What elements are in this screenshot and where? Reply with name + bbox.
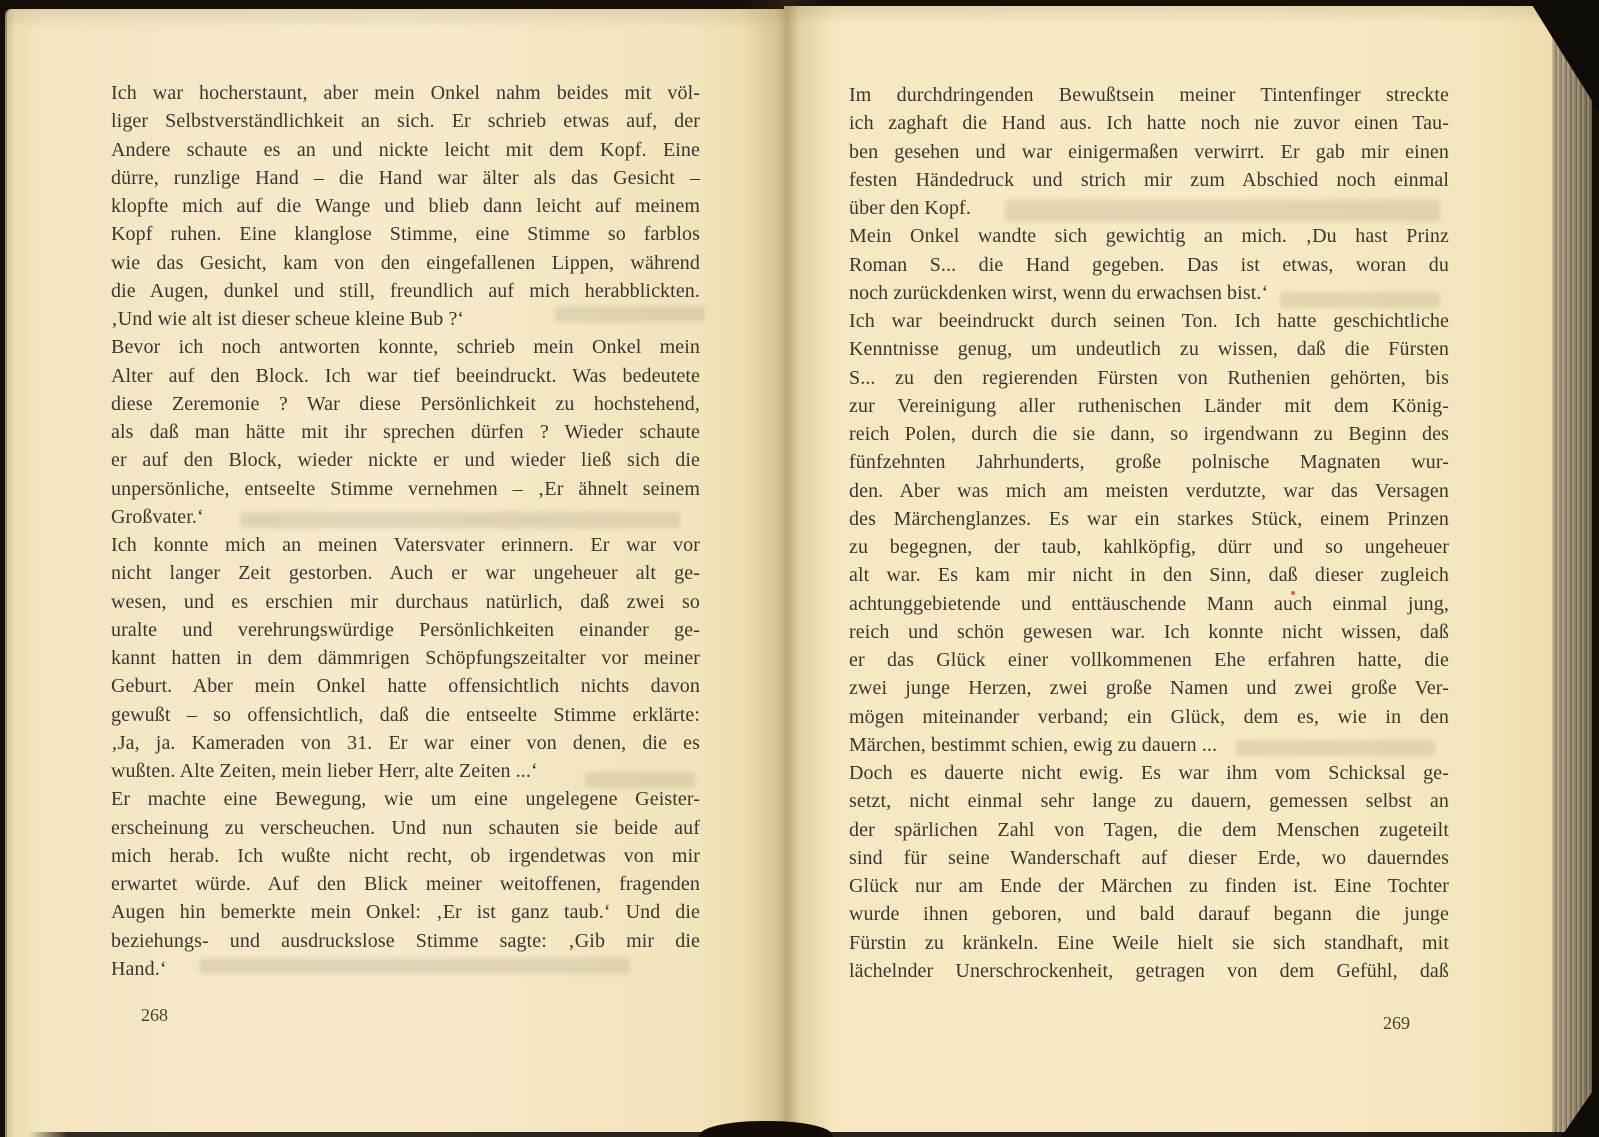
text-line: achtunggebietende und enttäuschende Mann… [849,590,1449,618]
right-page-text: Im durchdringenden Bewußtsein meiner Tin… [849,81,1449,985]
text-line: Bevor ich noch antworten konnte, schrieb… [111,333,700,361]
text-line: S... zu den regierenden Fürsten von Ruth… [849,364,1449,392]
page-fore-edge [1552,0,1592,1137]
text-line: Märchen, bestimmt schien, ewig zu dauern… [849,731,1449,759]
text-line: alt war. Es kam mir nicht in den Sinn, d… [849,561,1449,589]
text-line: erscheinung zu verscheuchen. Und nun sch… [111,814,700,842]
text-line: zwei junge Herzen, zwei große Namen und … [849,674,1449,702]
text-line: uralte und verehrungswürdige Persönlichk… [111,616,700,644]
text-line: die Augen, dunkel und still, freundlich … [111,277,700,305]
text-line: ‚Ja, ja. Kameraden von 31. Er war einer … [111,729,700,757]
text-line: er auf den Block, wieder nickte er und w… [111,446,700,474]
text-line: Großvater.‘ [111,503,700,531]
text-line: wurde ihnen geboren, und bald darauf beg… [849,900,1449,928]
text-line: des Märchenglanzes. Es war ein starkes S… [849,505,1449,533]
text-line: unpersönliche, entseelte Stimme vernehme… [111,475,700,503]
page-number-right: 269 [1383,1013,1410,1034]
text-line: klopfte mich auf die Wange und blieb dan… [111,192,700,220]
text-line: zur Vereinigung aller ruthenischen Lände… [849,392,1449,420]
text-line: Ich war hocherstaunt, aber mein Onkel na… [111,79,700,107]
text-line: wußten. Alte Zeiten, mein lieber Herr, a… [111,757,700,785]
text-line: fünfzehnten Jahrhunderts, große polnisch… [849,448,1449,476]
text-line: Hand.‘ [111,955,700,983]
text-line: Kopf ruhen. Eine klanglose Stimme, eine … [111,220,700,248]
text-line: lächelnder Unerschrockenheit, getragen v… [849,957,1449,985]
text-line: erwartet würde. Auf den Blick meiner wei… [111,870,700,898]
text-line: über den Kopf. [849,194,1449,222]
text-line: noch zurückdenken wirst, wenn du erwachs… [849,279,1449,307]
text-line: festen Händedruck und strich mir zum Abs… [849,166,1449,194]
text-line: mögen miteinander verband; ein Glück, de… [849,703,1449,731]
text-line: er das Glück einer vollkommenen Ehe erfa… [849,646,1449,674]
page-number-left: 268 [141,1005,168,1026]
text-line: Andere schaute es an und nickte leicht m… [111,136,700,164]
text-line: dürre, runzlige Hand – die Hand war älte… [111,164,700,192]
text-line: Alter auf den Block. Ich war tief beeind… [111,362,700,390]
text-line: Mein Onkel wandte sich gewichtig an mich… [849,222,1449,250]
text-line: reich und schön gewesen war. Ich konnte … [849,618,1449,646]
text-line: Glück nur am Ende der Märchen zu finden … [849,872,1449,900]
text-line: wie das Gesicht, kam von den eingefallen… [111,249,700,277]
left-page-text: Ich war hocherstaunt, aber mein Onkel na… [111,79,700,983]
text-line: reich Polen, durch die sie dann, so irge… [849,420,1449,448]
text-line: Geburt. Aber mein Onkel hatte offensicht… [111,672,700,700]
text-line: mich herab. Ich wußte nicht recht, ob ir… [111,842,700,870]
text-line: Doch es dauerte nicht ewig. Es war ihm v… [849,759,1449,787]
text-line: Augen hin bemerkte mein Onkel: ‚Er ist g… [111,898,700,926]
text-line: Ich konnte mich an meinen Vatersvater er… [111,531,700,559]
text-line: ich zaghaft die Hand aus. Ich hatte noch… [849,109,1449,137]
text-line: Fürstin zu kränkeln. Eine Weile hielt si… [849,929,1449,957]
text-line: gewußt – so offensichtlich, daß die ents… [111,701,700,729]
text-line: als daß man hätte mit ihr sprechen dürfe… [111,418,700,446]
text-line: ‚Und wie alt ist dieser scheue kleine Bu… [111,305,700,333]
text-line: setzt, nicht einmal sehr lange zu dauern… [849,787,1449,815]
text-line: zu begegnen, der taub, kahlköpfig, dürr … [849,533,1449,561]
text-line: liger Selbstverständlichkeit an sich. Er… [111,107,700,135]
text-line: der spärlichen Zahl von Tagen, die dem M… [849,816,1449,844]
text-line: diese Zeremonie ? War diese Persönlichke… [111,390,700,418]
text-line: ben gesehen und war einigermaßen verwirr… [849,138,1449,166]
text-line: Kenntnisse genug, um undeutlich zu wisse… [849,335,1449,363]
text-line: wesen, und es erschien mir durchaus natü… [111,588,700,616]
text-line: Roman S... die Hand gegeben. Das ist etw… [849,251,1449,279]
text-line: beziehungs- und ausdruckslose Stimme sag… [111,927,700,955]
text-line: Er machte eine Bewegung, wie um eine ung… [111,785,700,813]
text-line: Im durchdringenden Bewußtsein meiner Tin… [849,81,1449,109]
book-photo: Ich war hocherstaunt, aber mein Onkel na… [0,0,1599,1137]
text-line: sind für seine Wanderschaft auf dieser E… [849,844,1449,872]
text-line: kannt hatten in dem dämmrigen Schöpfungs… [111,644,700,672]
text-line: den. Aber was mich am meisten verdutzte,… [849,477,1449,505]
text-line: Ich war beeindruckt durch seinen Ton. Ic… [849,307,1449,335]
text-line: nicht langer Zeit gestorben. Auch er war… [111,559,700,587]
